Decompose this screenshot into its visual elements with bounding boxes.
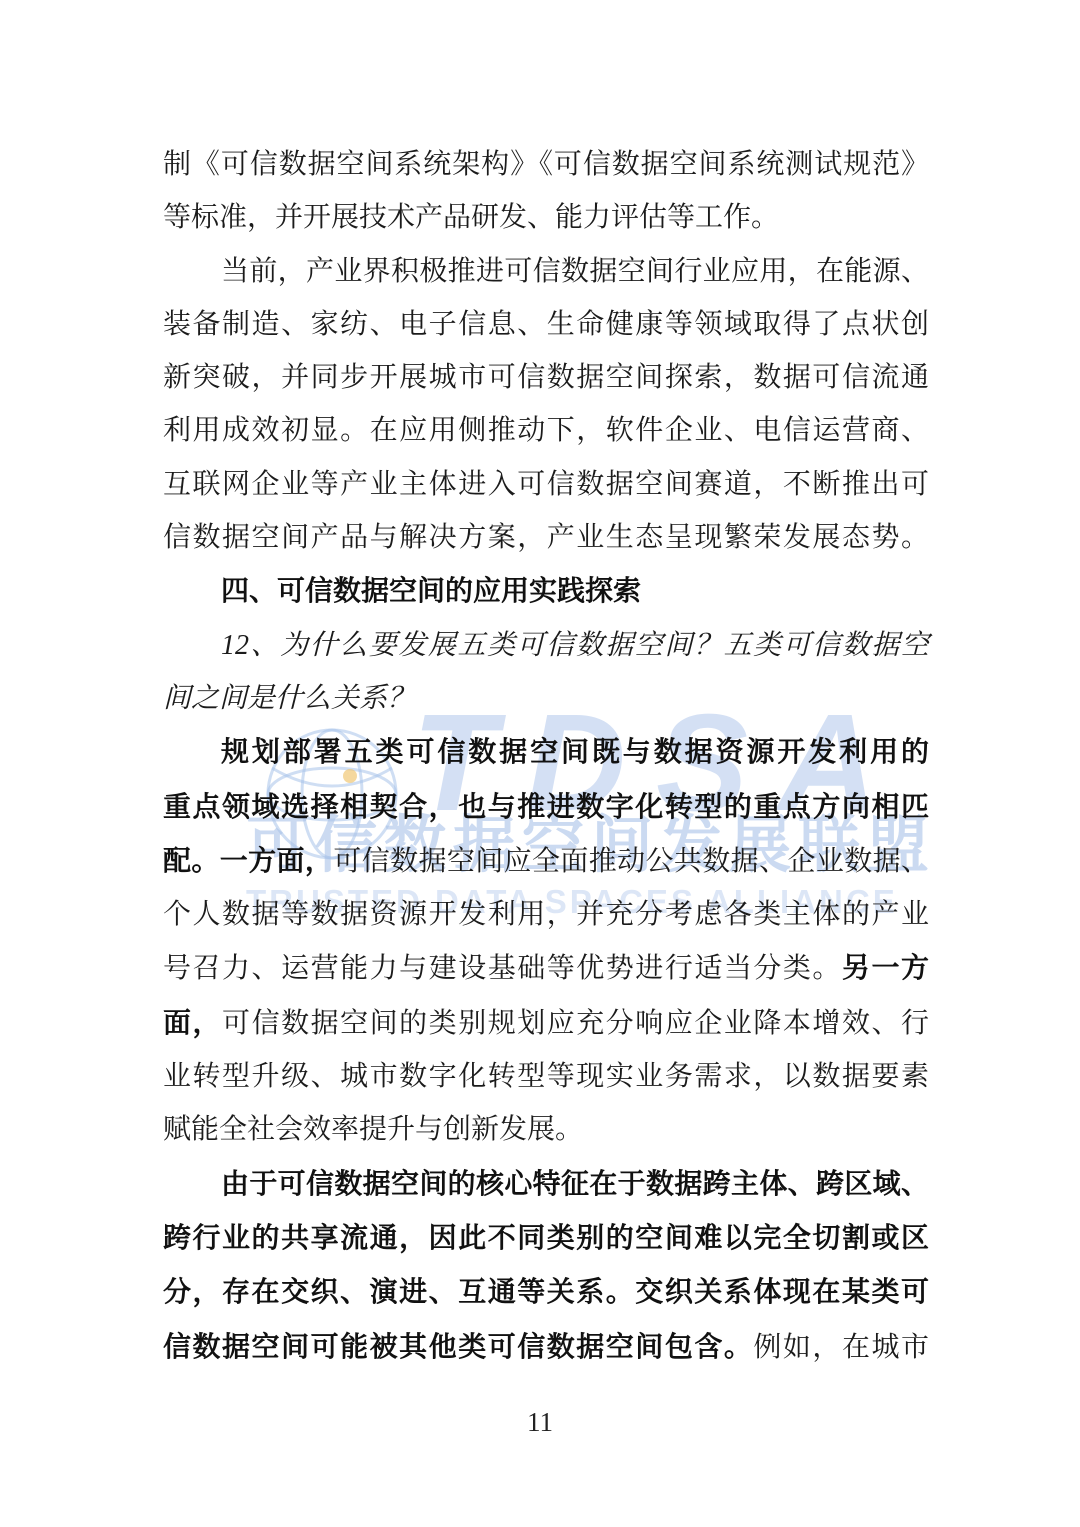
text-line: 配。一方面，可信数据空间应全面推动公共数据、企业数据、 — [163, 834, 929, 888]
text-run: 间之间是什么关系？ — [163, 683, 415, 714]
text-line: 赋能全社会效率提升与创新发展。 — [163, 1103, 929, 1156]
text-run: 配。一方面， — [163, 845, 333, 876]
text-line: 由于可信数据空间的核心特征在于数据跨主体、跨区域、 — [163, 1157, 929, 1211]
text-run: 个人数据等数据资源开发利用，并充分考虑各类主体的产业 — [163, 899, 929, 930]
document-body: 制《可信数据空间系统架构》《可信数据空间系统测试规范》等标准，并开展技术产品研发… — [163, 138, 929, 1374]
text-run: 例如，在城市 — [753, 1332, 929, 1363]
text-line: 分，存在交织、演进、互通等关系。交织关系体现在某类可 — [163, 1265, 929, 1319]
text-run: 信数据空间可能被其他类可信数据空间包含。 — [163, 1331, 753, 1362]
document-page: TDSA 可信数据空间发展联盟 TRUSTED DATA SPACES ALLI… — [0, 0, 1080, 1527]
text-run: 业转型升级、城市数字化转型等现实业务需求，以数据要素 — [163, 1061, 929, 1092]
text-run: 规划部署五类可信数据空间既与数据资源开发利用的 — [221, 736, 929, 767]
text-line: 信数据空间可能被其他类可信数据空间包含。例如，在城市 — [163, 1320, 929, 1374]
text-line: 互联网企业等产业主体进入可信数据空间赛道，不断推出可 — [163, 458, 929, 511]
text-line: 制《可信数据空间系统架构》《可信数据空间系统测试规范》 — [163, 138, 929, 191]
page-number: 11 — [0, 1404, 1080, 1440]
text-line: 个人数据等数据资源开发利用，并充分考虑各类主体的产业 — [163, 888, 929, 941]
text-run: 另一方 — [842, 952, 929, 983]
text-line: 信数据空间产品与解决方案，产业生态呈现繁荣发展态势。 — [163, 511, 929, 564]
text-line: 间之间是什么关系？ — [163, 672, 929, 725]
text-run: 号召力、运营能力与建设基础等优势进行适当分类。 — [163, 953, 842, 984]
text-run: 新突破，并同步开展城市可信数据空间探索，数据可信流通 — [163, 362, 929, 393]
text-run: 互联网企业等产业主体进入可信数据空间赛道，不断推出可 — [163, 469, 929, 500]
text-run: 四、可信数据空间的应用实践探索 — [221, 575, 641, 606]
text-run: 跨行业的共享流通，因此不同类别的空间难以完全切割或区 — [163, 1222, 929, 1253]
text-run: 利用成效初显。在应用侧推动下，软件企业、电信运营商、 — [163, 415, 929, 446]
text-line: 四、可信数据空间的应用实践探索 — [163, 564, 929, 618]
text-line: 业转型升级、城市数字化转型等现实业务需求，以数据要素 — [163, 1050, 929, 1103]
text-run: 信数据空间产品与解决方案，产业生态呈现繁荣发展态势。 — [163, 522, 929, 553]
text-run: 制《可信数据空间系统架构》《可信数据空间系统测试规范》 — [163, 149, 929, 180]
text-line: 利用成效初显。在应用侧推动下，软件企业、电信运营商、 — [163, 404, 929, 457]
text-run: 可信数据空间应全面推动公共数据、企业数据、 — [333, 846, 929, 877]
text-run: 分，存在交织、演进、互通等关系。交织关系体现在某类可 — [163, 1276, 929, 1307]
text-run: 当前，产业界积极推进可信数据空间行业应用，在能源、 — [221, 256, 929, 287]
text-run: 重点领域选择相契合，也与推进数字化转型的重点方向相匹 — [163, 791, 929, 822]
text-line: 规划部署五类可信数据空间既与数据资源开发利用的 — [163, 725, 929, 779]
text-run: 面， — [163, 1007, 222, 1038]
text-line: 号召力、运营能力与建设基础等优势进行适当分类。另一方 — [163, 941, 929, 995]
text-line: 装备制造、家纺、电子信息、生命健康等领域取得了点状创 — [163, 298, 929, 351]
text-run: 等标准，并开展技术产品研发、能力评估等工作。 — [163, 202, 779, 233]
text-line: 面，可信数据空间的类别规划应充分响应企业降本增效、行 — [163, 996, 929, 1050]
text-line: 新突破，并同步开展城市可信数据空间探索，数据可信流通 — [163, 351, 929, 404]
text-line: 当前，产业界积极推进可信数据空间行业应用，在能源、 — [163, 245, 929, 298]
text-run: 由于可信数据空间的核心特征在于数据跨主体、跨区域、 — [221, 1168, 929, 1199]
text-line: 等标准，并开展技术产品研发、能力评估等工作。 — [163, 191, 929, 244]
text-line: 跨行业的共享流通，因此不同类别的空间难以完全切割或区 — [163, 1211, 929, 1265]
text-run: 赋能全社会效率提升与创新发展。 — [163, 1114, 583, 1145]
text-line: 重点领域选择相契合，也与推进数字化转型的重点方向相匹 — [163, 780, 929, 834]
text-line: 12、为什么要发展五类可信数据空间？五类可信数据空 — [163, 619, 929, 672]
text-run: 可信数据空间的类别规划应充分响应企业降本增效、行 — [222, 1008, 929, 1039]
text-run: 装备制造、家纺、电子信息、生命健康等领域取得了点状创 — [163, 309, 929, 340]
text-run: 12、为什么要发展五类可信数据空间？五类可信数据空 — [221, 630, 929, 661]
